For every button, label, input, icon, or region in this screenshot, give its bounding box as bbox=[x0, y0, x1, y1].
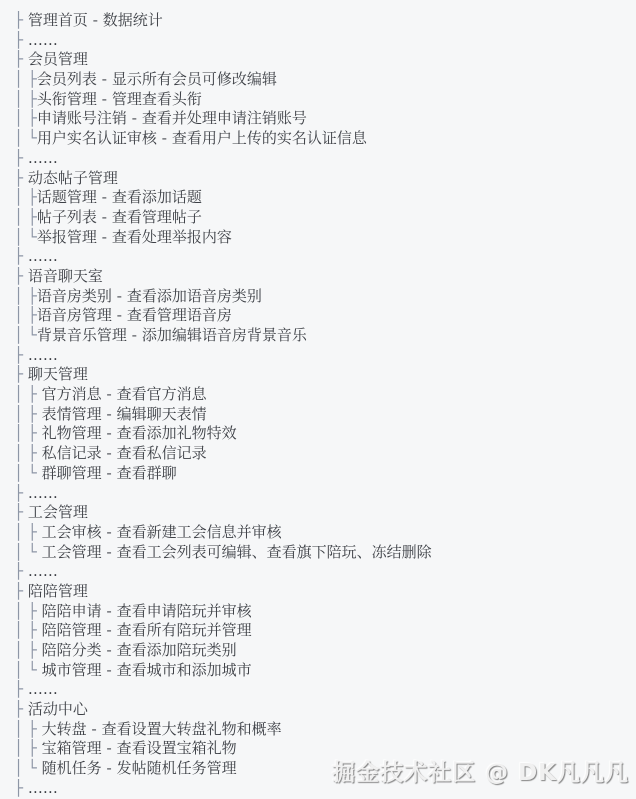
tree-item-separator: - bbox=[102, 621, 117, 639]
tree-item-separator: - bbox=[97, 70, 112, 88]
tree-item-name: 语音聊天室 bbox=[28, 267, 103, 285]
tree-item-description: 查看用户上传的实名认证信息 bbox=[172, 129, 367, 147]
tree-item-description: 查看管理语音房 bbox=[127, 306, 232, 324]
tree-item-separator: - bbox=[102, 543, 117, 561]
tree-branch-glyph: │ ├ bbox=[14, 424, 42, 442]
tree-branch-glyph: │ ├ bbox=[14, 208, 37, 226]
tree-item-description: 查看所有陪玩并管理 bbox=[117, 621, 252, 639]
tree-item-name: 管理首页 bbox=[28, 11, 88, 29]
tree-item: │ ├头衔管理 - 管理查看头衔 bbox=[14, 90, 636, 110]
tree-item: ├ 会员管理 bbox=[14, 50, 636, 70]
tree-item-separator: - bbox=[102, 739, 117, 757]
tree-item: │ ├ 礼物管理 - 查看添加礼物特效 bbox=[14, 424, 636, 444]
tree-item: │ ├ 表情管理 - 编辑聊天表情 bbox=[14, 405, 636, 425]
tree-item: │ └背景音乐管理 - 添加编辑语音房背景音乐 bbox=[14, 326, 636, 346]
tree-item-name: …… bbox=[28, 149, 58, 167]
tree-branch-glyph: ├ bbox=[14, 365, 28, 383]
tree-item-description: 查看申请陪玩并审核 bbox=[117, 602, 252, 620]
tree-item: ├ 活动中心 bbox=[14, 700, 636, 720]
tree-item-name: 话题管理 bbox=[37, 188, 97, 206]
tree-branch-glyph: ├ bbox=[14, 503, 28, 521]
tree-item-name: 用户实名认证审核 bbox=[37, 129, 157, 147]
tree-item: ├ …… bbox=[14, 562, 636, 582]
tree-item-separator: - bbox=[102, 385, 117, 403]
tree-item-description: 发帖随机任务管理 bbox=[117, 759, 237, 777]
tree-item: │ ├话题管理 - 查看添加话题 bbox=[14, 188, 636, 208]
tree-item-name: 表情管理 bbox=[42, 405, 102, 423]
tree-item-description: 查看管理帖子 bbox=[112, 208, 202, 226]
tree-item-name: …… bbox=[28, 31, 58, 49]
tree-item: ├ …… bbox=[14, 149, 636, 169]
tree-item-separator: - bbox=[97, 188, 112, 206]
tree-item-name: 陪陪管理 bbox=[42, 621, 102, 639]
tree-item: │ ├ 私信记录 - 查看私信记录 bbox=[14, 444, 636, 464]
tree-branch-glyph: │ └ bbox=[14, 661, 42, 679]
tree-item-separator: - bbox=[102, 405, 117, 423]
tree-item-name: 随机任务 bbox=[42, 759, 102, 777]
tree-branch-glyph: │ ├ bbox=[14, 405, 42, 423]
watermark-text: 掘金技术社区 @ DK凡凡凡 bbox=[332, 754, 629, 787]
tree-item-name: 官方消息 bbox=[42, 385, 102, 403]
tree-item: ├ 动态帖子管理 bbox=[14, 169, 636, 189]
tree-branch-glyph: ├ bbox=[14, 779, 28, 797]
tree-item: │ ├ 陪陪申请 - 查看申请陪玩并审核 bbox=[14, 602, 636, 622]
tree-item: │ ├帖子列表 - 查看管理帖子 bbox=[14, 208, 636, 228]
tree-branch-glyph: ├ bbox=[14, 346, 28, 364]
tree-item-name: …… bbox=[28, 484, 58, 502]
tree-branch-glyph: │ ├ bbox=[14, 621, 42, 639]
tree-branch-glyph: │ ├ bbox=[14, 444, 42, 462]
tree-item: │ ├语音房类别 - 查看添加语音房类别 bbox=[14, 287, 636, 307]
tree-item-separator: - bbox=[102, 444, 117, 462]
tree-item-description: 编辑聊天表情 bbox=[117, 405, 207, 423]
tree-item-name: 帖子列表 bbox=[37, 208, 97, 226]
tree-item-separator: - bbox=[112, 306, 127, 324]
tree-item: │ └用户实名认证审核 - 查看用户上传的实名认证信息 bbox=[14, 129, 636, 149]
tree-item-separator: - bbox=[102, 523, 117, 541]
tree-item-description: 查看工会列表可编辑、查看旗下陪玩、冻结删除 bbox=[117, 543, 432, 561]
tree-item-description: 查看添加话题 bbox=[112, 188, 202, 206]
tree-item-separator: - bbox=[102, 424, 117, 442]
tree-item: │ ├会员列表 - 显示所有会员可修改编辑 bbox=[14, 70, 636, 90]
tree-item-name: 礼物管理 bbox=[42, 424, 102, 442]
tree-branch-glyph: ├ bbox=[14, 484, 28, 502]
tree-item: │ ├ 工会审核 - 查看新建工会信息并审核 bbox=[14, 523, 636, 543]
tree-branch-glyph: │ ├ bbox=[14, 739, 42, 757]
tree-item: ├ 语音聊天室 bbox=[14, 267, 636, 287]
tree-item-name: 动态帖子管理 bbox=[28, 169, 118, 187]
tree-item-name: …… bbox=[28, 562, 58, 580]
tree-item: │ └举报管理 - 查看处理举报内容 bbox=[14, 228, 636, 248]
tree-item-name: 申请账号注销 bbox=[37, 109, 127, 127]
tree-item-separator: - bbox=[88, 11, 103, 29]
document-page: ├ 管理首页 - 数据统计├ ……├ 会员管理│ ├会员列表 - 显示所有会员可… bbox=[0, 0, 636, 799]
tree-branch-glyph: │ ├ bbox=[14, 720, 42, 738]
tree-branch-glyph: ├ bbox=[14, 149, 28, 167]
tree-item-name: 语音房管理 bbox=[37, 306, 112, 324]
tree-branch-glyph: ├ bbox=[14, 11, 28, 29]
tree-branch-glyph: │ └ bbox=[14, 543, 42, 561]
tree-item: │ ├ 官方消息 - 查看官方消息 bbox=[14, 385, 636, 405]
tree-item: ├ …… bbox=[14, 680, 636, 700]
tree-branch-glyph: ├ bbox=[14, 31, 28, 49]
tree-branch-glyph: ├ bbox=[14, 247, 28, 265]
tree-item-name: 陪陪分类 bbox=[42, 641, 102, 659]
tree-branch-glyph: │ └ bbox=[14, 326, 37, 344]
tree-item-description: 查看设置宝箱礼物 bbox=[117, 739, 237, 757]
tree-item-description: 数据统计 bbox=[103, 11, 163, 29]
tree-branch-glyph: ├ bbox=[14, 562, 28, 580]
tree-item-description: 管理查看头衔 bbox=[112, 90, 202, 108]
tree-item-name: 会员列表 bbox=[37, 70, 97, 88]
tree-item-separator: - bbox=[102, 641, 117, 659]
tree-branch-glyph: │ └ bbox=[14, 228, 37, 246]
tree-item: ├ …… bbox=[14, 484, 636, 504]
tree-branch-glyph: │ ├ bbox=[14, 70, 37, 88]
tree-branch-glyph: ├ bbox=[14, 169, 28, 187]
tree-item: ├ 陪陪管理 bbox=[14, 582, 636, 602]
tree-item: │ ├ 陪陪分类 - 查看添加陪玩类别 bbox=[14, 641, 636, 661]
tree-item-name: 私信记录 bbox=[42, 444, 102, 462]
tree-item-separator: - bbox=[97, 208, 112, 226]
tree-branch-glyph: ├ bbox=[14, 267, 28, 285]
tree-branch-glyph: │ ├ bbox=[14, 523, 42, 541]
tree-item-name: …… bbox=[28, 779, 58, 797]
tree-item: ├ …… bbox=[14, 247, 636, 267]
tree-item-name: 群聊管理 bbox=[42, 464, 102, 482]
tree-item-name: 工会审核 bbox=[42, 523, 102, 541]
tree-item-name: 会员管理 bbox=[28, 50, 88, 68]
tree-item: │ ├ 大转盘 - 查看设置大转盘礼物和概率 bbox=[14, 720, 636, 740]
tree-item-description: 查看设置大转盘礼物和概率 bbox=[102, 720, 282, 738]
tree-item-name: 宝箱管理 bbox=[42, 739, 102, 757]
tree-item-separator: - bbox=[127, 326, 142, 344]
tree-item-description: 查看处理举报内容 bbox=[112, 228, 232, 246]
tree-item-description: 查看并处理申请注销账号 bbox=[142, 109, 307, 127]
tree-item-name: 背景音乐管理 bbox=[37, 326, 127, 344]
tree-branch-glyph: │ ├ bbox=[14, 188, 37, 206]
tree-item-name: …… bbox=[28, 346, 58, 364]
tree-item-name: …… bbox=[28, 247, 58, 265]
tree-item: │ └ 城市管理 - 查看城市和添加城市 bbox=[14, 661, 636, 681]
tree-item-description: 查看私信记录 bbox=[117, 444, 207, 462]
tree-item-name: 聊天管理 bbox=[28, 365, 88, 383]
tree-item-name: 工会管理 bbox=[42, 543, 102, 561]
tree-item-name: 举报管理 bbox=[37, 228, 97, 246]
tree-item-description: 查看城市和添加城市 bbox=[117, 661, 252, 679]
tree-item: │ └ 群聊管理 - 查看群聊 bbox=[14, 464, 636, 484]
tree-branch-glyph: │ ├ bbox=[14, 385, 42, 403]
tree-branch-glyph: ├ bbox=[14, 50, 28, 68]
tree-item-separator: - bbox=[102, 464, 117, 482]
tree-item-name: 头衔管理 bbox=[37, 90, 97, 108]
tree-item-separator: - bbox=[102, 759, 117, 777]
tree-item-description: 显示所有会员可修改编辑 bbox=[112, 70, 277, 88]
tree-item: ├ …… bbox=[14, 346, 636, 366]
tree-branch-glyph: │ ├ bbox=[14, 287, 37, 305]
tree-item-description: 查看群聊 bbox=[117, 464, 177, 482]
tree-branch-glyph: │ └ bbox=[14, 464, 42, 482]
tree-item-description: 查看添加语音房类别 bbox=[127, 287, 262, 305]
tree-branch-glyph: │ ├ bbox=[14, 641, 42, 659]
tree-item-separator: - bbox=[102, 602, 117, 620]
tree-item-description: 添加编辑语音房背景音乐 bbox=[142, 326, 307, 344]
tree-item-name: 大转盘 bbox=[42, 720, 87, 738]
tree-branch-glyph: ├ bbox=[14, 700, 28, 718]
admin-menu-tree: ├ 管理首页 - 数据统计├ ……├ 会员管理│ ├会员列表 - 显示所有会员可… bbox=[0, 0, 636, 799]
tree-item-separator: - bbox=[87, 720, 102, 738]
tree-item-separator: - bbox=[102, 661, 117, 679]
tree-item-name: 陪陪管理 bbox=[28, 582, 88, 600]
tree-item-separator: - bbox=[127, 109, 142, 127]
tree-item: ├ 工会管理 bbox=[14, 503, 636, 523]
tree-item-name: 城市管理 bbox=[42, 661, 102, 679]
tree-item-separator: - bbox=[112, 287, 127, 305]
tree-item: ├ 管理首页 - 数据统计 bbox=[14, 11, 636, 31]
tree-branch-glyph: │ ├ bbox=[14, 90, 37, 108]
tree-item-separator: - bbox=[97, 228, 112, 246]
tree-branch-glyph: │ └ bbox=[14, 129, 37, 147]
tree-item-description: 查看添加陪玩类别 bbox=[117, 641, 237, 659]
tree-branch-glyph: ├ bbox=[14, 680, 28, 698]
tree-item: │ ├申请账号注销 - 查看并处理申请注销账号 bbox=[14, 109, 636, 129]
tree-branch-glyph: │ ├ bbox=[14, 306, 37, 324]
tree-item-description: 查看官方消息 bbox=[117, 385, 207, 403]
tree-item-name: 活动中心 bbox=[28, 700, 88, 718]
tree-item-description: 查看新建工会信息并审核 bbox=[117, 523, 282, 541]
tree-item: ├ …… bbox=[14, 31, 636, 51]
tree-item-description: 查看添加礼物特效 bbox=[117, 424, 237, 442]
tree-item-separator: - bbox=[157, 129, 172, 147]
tree-item: │ ├语音房管理 - 查看管理语音房 bbox=[14, 306, 636, 326]
tree-item-name: 工会管理 bbox=[28, 503, 88, 521]
tree-branch-glyph: ├ bbox=[14, 582, 28, 600]
tree-item-name: 陪陪申请 bbox=[42, 602, 102, 620]
tree-item-separator: - bbox=[97, 90, 112, 108]
tree-item: │ └ 工会管理 - 查看工会列表可编辑、查看旗下陪玩、冻结删除 bbox=[14, 543, 636, 563]
tree-branch-glyph: │ └ bbox=[14, 759, 42, 777]
tree-branch-glyph: │ ├ bbox=[14, 602, 42, 620]
tree-branch-glyph: │ ├ bbox=[14, 109, 37, 127]
tree-item-name: 语音房类别 bbox=[37, 287, 112, 305]
tree-item: ├ 聊天管理 bbox=[14, 365, 636, 385]
tree-item-name: …… bbox=[28, 680, 58, 698]
tree-item: │ ├ 陪陪管理 - 查看所有陪玩并管理 bbox=[14, 621, 636, 641]
